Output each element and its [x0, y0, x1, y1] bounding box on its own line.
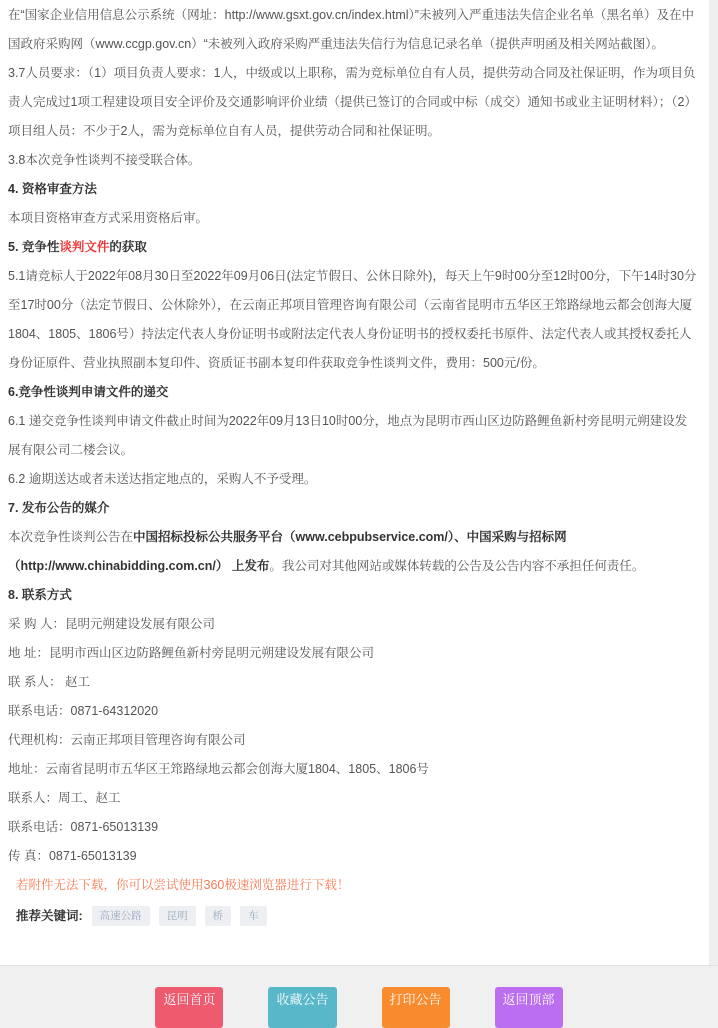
footer-action-bar: 返回首页 收藏公告 打印公告 返回顶部 [0, 965, 718, 1028]
print-announcement-button[interactable]: 打印公告 [382, 987, 450, 1028]
contact-purchaser-person: 联 系人： 赵工 [8, 668, 698, 697]
para-document-acquisition-details: 5.1请竞标人于2022年08月30日至2022年09月06日(法定节假日、公休… [8, 262, 698, 378]
heading-5-suffix: 的获取 [109, 240, 147, 254]
media-para-prefix: 本次竞争性谈判公告在 [8, 530, 133, 544]
announcement-body: 在“国家企业信用信息公示系统（网址：http://www.gsxt.gov.cn… [0, 0, 718, 929]
download-tip: 若附件无法下载，你可以尝试使用360极速浏览器进行下载！ [8, 871, 698, 900]
para-announcement-media: 本次竞争性谈判公告在中国招标投标公共服务平台（www.cebpubservice… [8, 523, 698, 581]
contact-agency-fax: 传 真：0871-65013139 [8, 842, 698, 871]
contact-agency-person: 联系人：周工、赵工 [8, 784, 698, 813]
para-qualification-method: 本项目资格审查方式采用资格后审。 [8, 204, 698, 233]
media-para-suffix: 。我公司对其他网站或媒体转载的公告及公告内容不承担任何责任。 [269, 559, 644, 573]
heading-application-submission: 6.竞争性谈判申请文件的递交 [8, 378, 698, 407]
keyword-tag-bridge[interactable]: 桥 [205, 906, 232, 926]
page-right-gutter [709, 0, 718, 966]
heading-announcement-media: 7. 发布公告的媒介 [8, 494, 698, 523]
heading-5-highlight: 谈判文件 [59, 240, 109, 254]
para-no-consortium: 3.8本次竞争性谈判不接受联合体。 [8, 146, 698, 175]
contact-purchaser: 采 购 人：昆明元朔建设发展有限公司 [8, 610, 698, 639]
heading-qualification-review: 4. 资格审查方法 [8, 175, 698, 204]
keyword-tag-car[interactable]: 车 [240, 906, 267, 926]
contact-purchaser-phone: 联系电话：0871-64312020 [8, 697, 698, 726]
back-to-top-button[interactable]: 返回顶部 [495, 987, 563, 1028]
para-personnel-requirements: 3.7人员要求：（1）项目负责人要求：1人，中级或以上职称，需为竞标单位自有人员… [8, 59, 698, 146]
contact-purchaser-address: 地 址：昆明市西山区边防路鲤鱼新村旁昆明元朔建设发展有限公司 [8, 639, 698, 668]
keyword-tag-highway[interactable]: 高速公路 [92, 906, 150, 926]
para-late-delivery: 6.2 逾期送达或者未送达指定地点的，采购人不予受理。 [8, 465, 698, 494]
keywords-label: 推荐关键词: [16, 903, 83, 929]
para-submission-deadline: 6.1 递交竞争性谈判申请文件截止时间为2022年09月13日10时00分，地点… [8, 407, 698, 465]
back-home-button[interactable]: 返回首页 [155, 987, 223, 1028]
contact-agency-phone: 联系电话：0871-65013139 [8, 813, 698, 842]
heading-5-prefix: 5. 竞争性 [8, 240, 59, 254]
contact-agency: 代理机构：云南正邦项目管理咨询有限公司 [8, 726, 698, 755]
keyword-tag-kunming[interactable]: 昆明 [159, 906, 196, 926]
announcement-page: 在“国家企业信用信息公示系统（网址：http://www.gsxt.gov.cn… [0, 0, 718, 1028]
heading-document-acquisition: 5. 竞争性谈判文件的获取 [8, 233, 698, 262]
para-blacklist-credit: 在“国家企业信用信息公示系统（网址：http://www.gsxt.gov.cn… [8, 1, 698, 59]
heading-contact-info: 8. 联系方式 [8, 581, 698, 610]
recommended-keywords: 推荐关键词: 高速公路 昆明 桥 车 [8, 903, 698, 929]
contact-agency-address: 地址：云南省昆明市五华区王筇路绿地云都会创海大厦1804、1805、1806号 [8, 755, 698, 784]
favorite-announcement-button[interactable]: 收藏公告 [268, 987, 336, 1028]
